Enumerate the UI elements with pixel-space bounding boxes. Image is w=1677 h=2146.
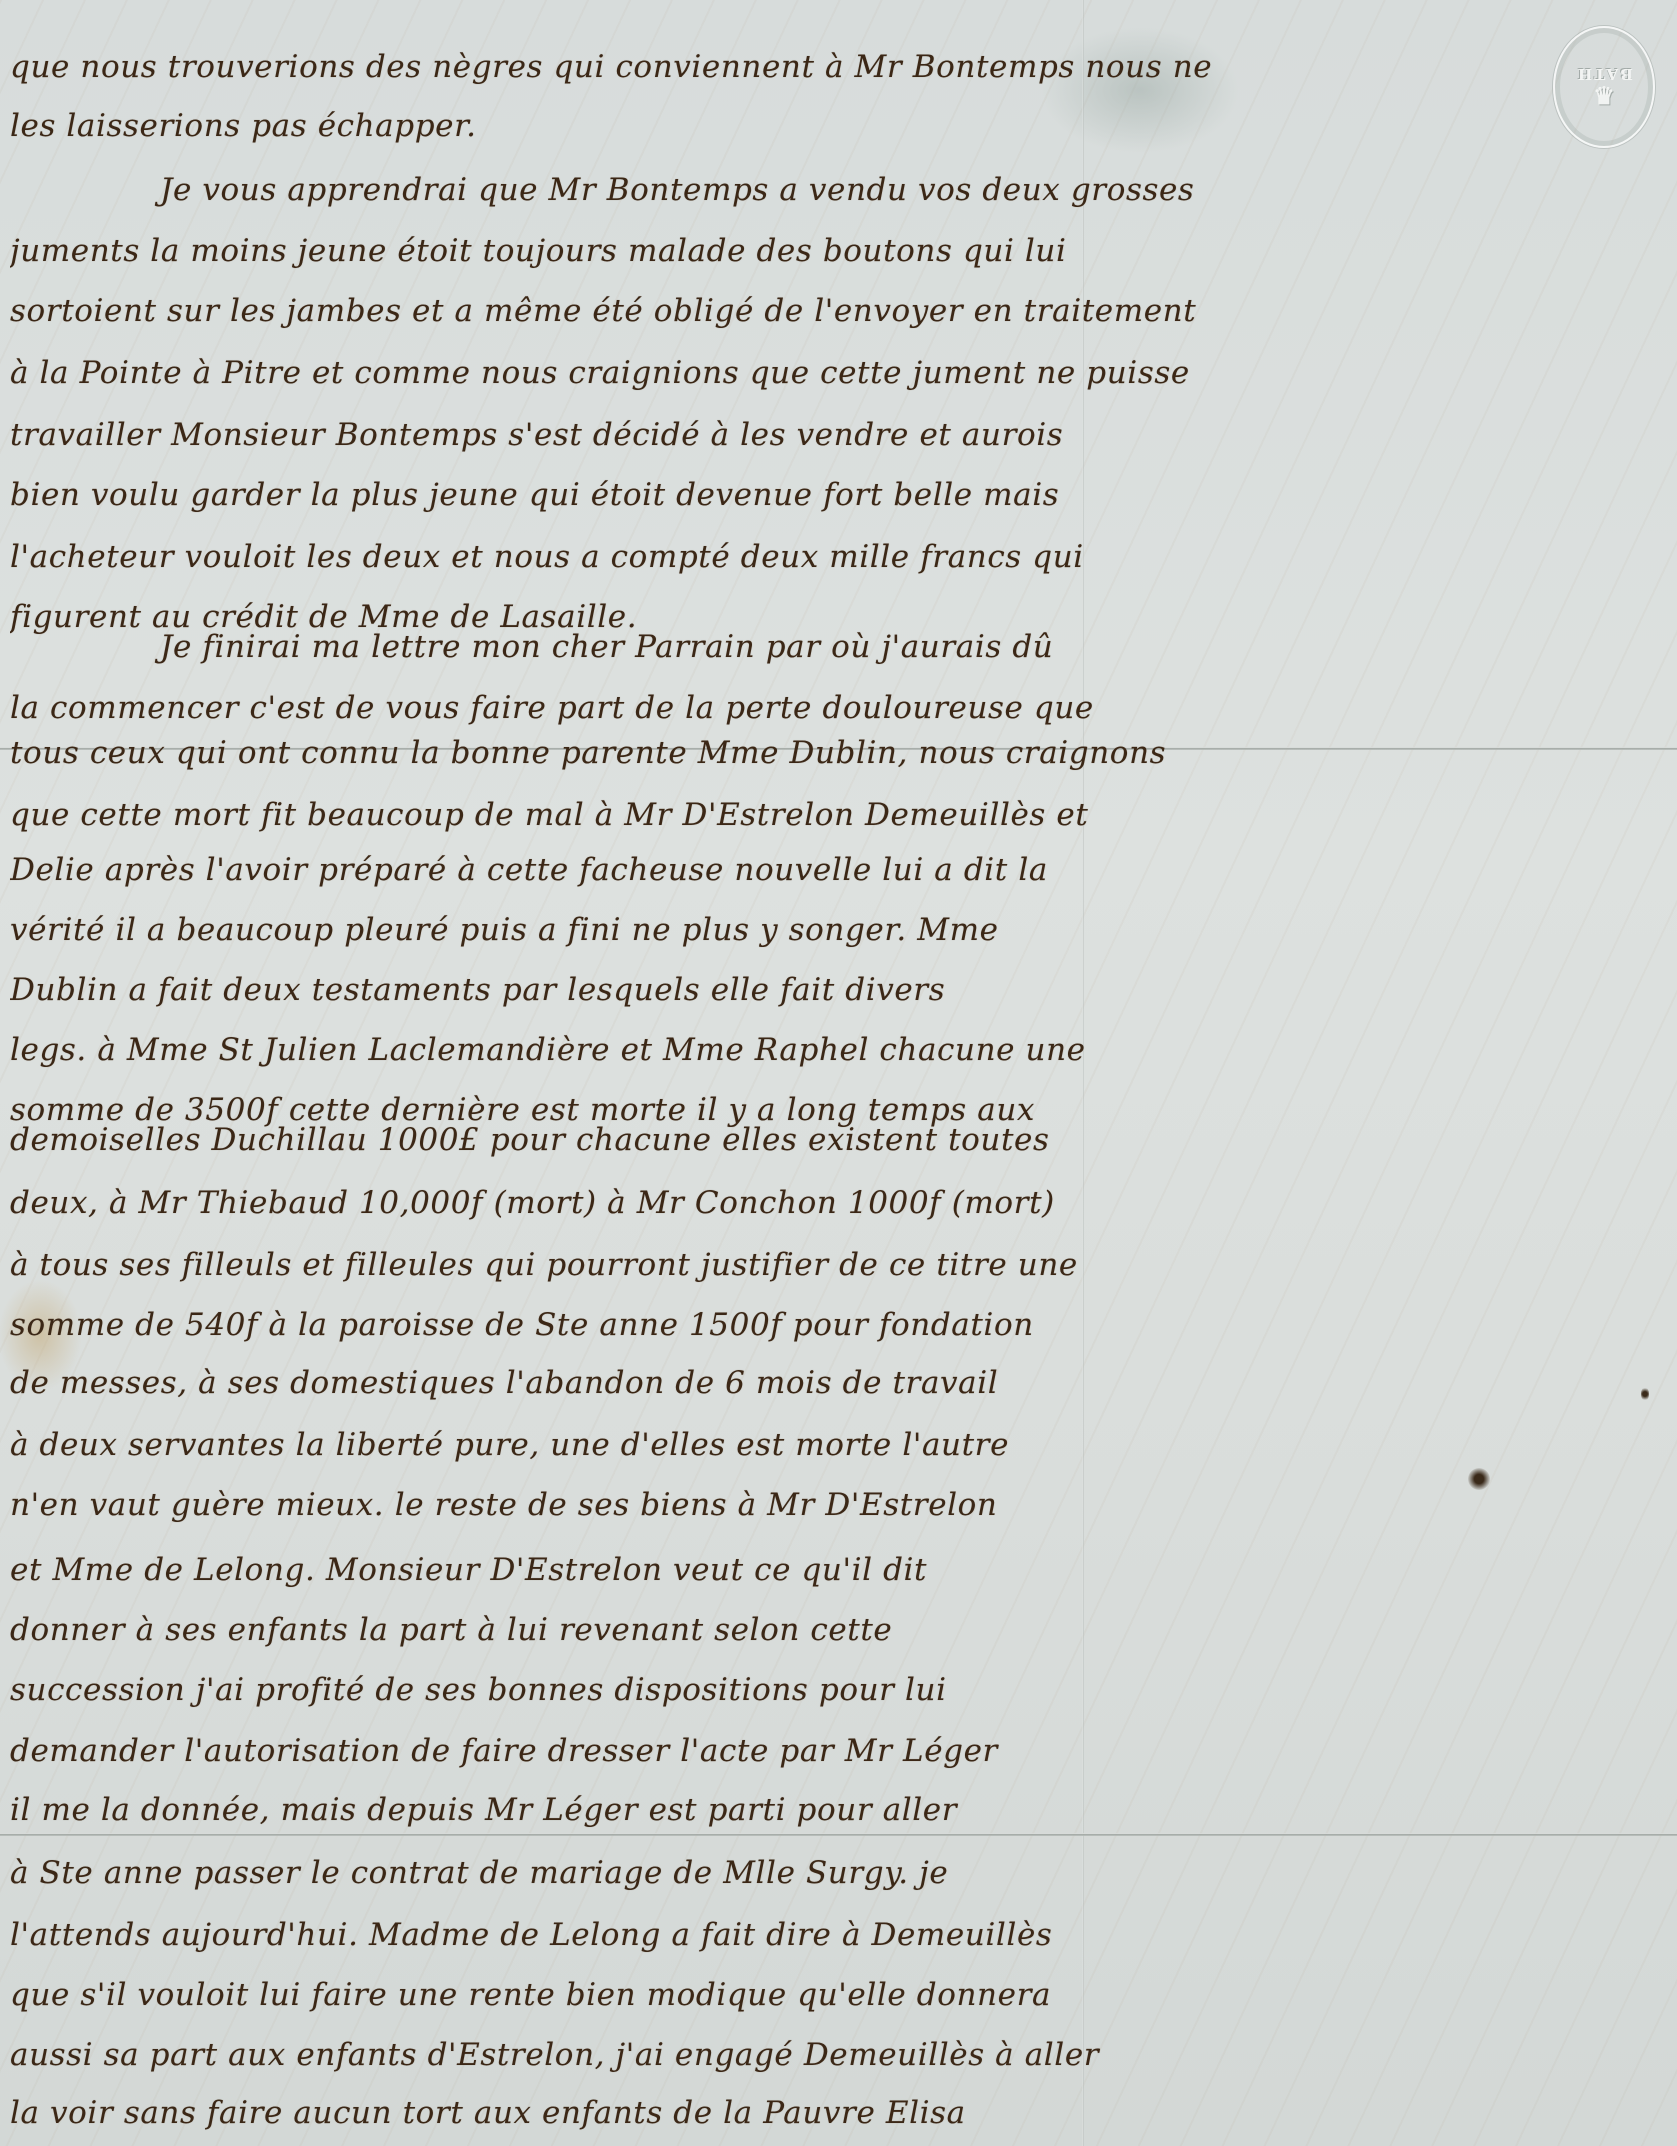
letter-line: vérité il a beaucoup pleuré puis a fini … [10,905,1669,955]
letter-line: succession j'ai profité de ses bonnes di… [10,1665,1669,1715]
letter-line: Je finirai ma lettre mon cher Parrain pa… [10,622,1669,672]
letter-line: que nous trouverions des nègres qui conv… [10,42,1669,92]
letter-line: donner à ses enfants la part à lui reven… [10,1605,1669,1655]
letter-line: demoiselles Duchillau 1000£ pour chacune… [10,1115,1669,1165]
letter-line: Delie après l'avoir préparé à cette fach… [10,845,1669,895]
letter-line: legs. à Mme St Julien Laclemandière et M… [10,1025,1669,1075]
letter-line: Je vous apprendrai que Mr Bontemps a ven… [10,165,1669,215]
letter-line: travailler Monsieur Bontemps s'est décid… [10,410,1669,460]
letter-line: il me la donnée, mais depuis Mr Léger es… [10,1785,1669,1835]
letter-line: somme de 540f à la paroisse de Ste anne … [10,1300,1669,1350]
letter-line: n'en vaut guère mieux. le reste de ses b… [10,1480,1669,1530]
letter-line: bien voulu garder la plus jeune qui étoi… [10,470,1669,520]
letter-line: et Mme de Lelong. Monsieur D'Estrelon ve… [10,1545,1669,1595]
letter-line: de messes, à ses domestiques l'abandon d… [10,1358,1669,1408]
letter-line: la voir sans faire aucun tort aux enfant… [10,2088,1669,2138]
letter-line: à la Pointe à Pitre et comme nous craign… [10,348,1669,398]
letter-page: BATH ♛ que nous trouverions des nègres q… [0,0,1677,2146]
letter-line: l'acheteur vouloit les deux et nous a co… [10,532,1669,582]
letter-line: sortoient sur les jambes et a même été o… [10,286,1669,336]
letter-line: l'attends aujourd'hui. Madme de Lelong a… [10,1910,1669,1960]
letter-line: à deux servantes la liberté pure, une d'… [10,1420,1669,1470]
letter-line: les laisserions pas échapper. [10,101,1669,151]
letter-line: Dublin a fait deux testaments par lesque… [10,965,1669,1015]
letter-line: demander l'autorisation de faire dresser… [10,1726,1669,1776]
letter-line: tous ceux qui ont connu la bonne parente… [10,728,1669,778]
letter-line: deux, à Mr Thiebaud 10,000f (mort) à Mr … [10,1178,1669,1228]
letter-line: la commencer c'est de vous faire part de… [10,683,1669,733]
letter-line: que cette mort fit beaucoup de mal à Mr … [10,790,1669,840]
letter-line: à tous ses filleuls et filleules qui pou… [10,1240,1669,1290]
letter-line: aussi sa part aux enfants d'Estrelon, j'… [10,2030,1669,2080]
letter-line: juments la moins jeune étoit toujours ma… [10,226,1669,276]
letter-line: à Ste anne passer le contrat de mariage … [10,1848,1669,1898]
letter-line: que s'il vouloit lui faire une rente bie… [10,1970,1669,2020]
